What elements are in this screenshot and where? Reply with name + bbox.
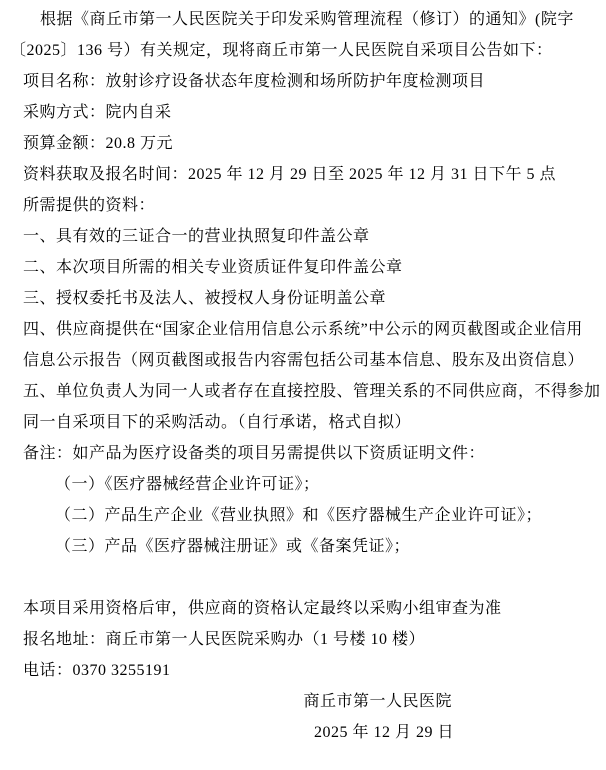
signature-org: 商丘市第一人民医院: [23, 686, 583, 717]
remark-sub-2: （二）产品生产企业《营业执照》和《医疗器械生产企业许可证》；: [23, 500, 583, 531]
material-item-4-line-2: 信息公示报告（网页截图或报告内容需包括公司基本信息、股东及出资信息）: [23, 345, 583, 376]
intro-line-1: 根据《商丘市第一人民医院关于印发采购管理流程（修订）的通知》(院字: [23, 4, 583, 35]
procurement-method-line: 采购方式：院内自采: [23, 97, 583, 128]
remark-sub-3: （三）产品《医疗器械注册证》或《备案凭证》；: [23, 531, 583, 562]
intro-line-2: 〔2025〕136 号）有关规定，现将商丘市第一人民医院自采项目公告如下：: [10, 35, 583, 66]
announcement-document: 根据《商丘市第一人民医院关于印发采购管理流程（修订）的通知》(院字 〔2025〕…: [0, 0, 606, 770]
material-item-5-line-1: 五、单位负责人为同一人或者存在直接控股、管理关系的不同供应商，不得参加: [23, 376, 583, 407]
material-item-1: 一、具有效的三证合一的营业执照复印件盖公章: [23, 221, 583, 252]
project-name-line: 项目名称：放射诊疗设备状态年度检测和场所防护年度检测项目: [23, 66, 583, 97]
material-item-4-line-1: 四、供应商提供在“国家企业信用信息公示系统”中公示的网页截图或企业信用: [23, 314, 583, 345]
material-item-5-line-2: 同一自采项目下的采购活动。（自行承诺，格式自拟）: [23, 407, 583, 438]
material-item-2: 二、本次项目所需的相关专业资质证件复印件盖公章: [23, 252, 583, 283]
registration-time-line: 资料获取及报名时间：2025 年 12 月 29 日至 2025 年 12 月 …: [23, 159, 583, 190]
budget-line: 预算金额：20.8 万元: [23, 128, 583, 159]
phone-line: 电话：0370 3255191: [23, 655, 583, 686]
address-line: 报名地址：商丘市第一人民医院采购办（1 号楼 10 楼）: [23, 624, 583, 655]
remark-sub-1: （一）《医疗器械经营企业许可证》；: [23, 469, 583, 500]
materials-heading: 所需提供的资料：: [23, 190, 583, 221]
review-note-line: 本项目采用资格后审，供应商的资格认定最终以采购小组审查为准: [23, 593, 583, 624]
material-item-3: 三、授权委托书及法人、被授权人身份证明盖公章: [23, 283, 583, 314]
blank-line: [23, 562, 583, 593]
signature-date: 2025 年 12 月 29 日: [23, 717, 583, 748]
remark-heading: 备注：如产品为医疗设备类的项目另需提供以下资质证明文件：: [23, 438, 583, 469]
